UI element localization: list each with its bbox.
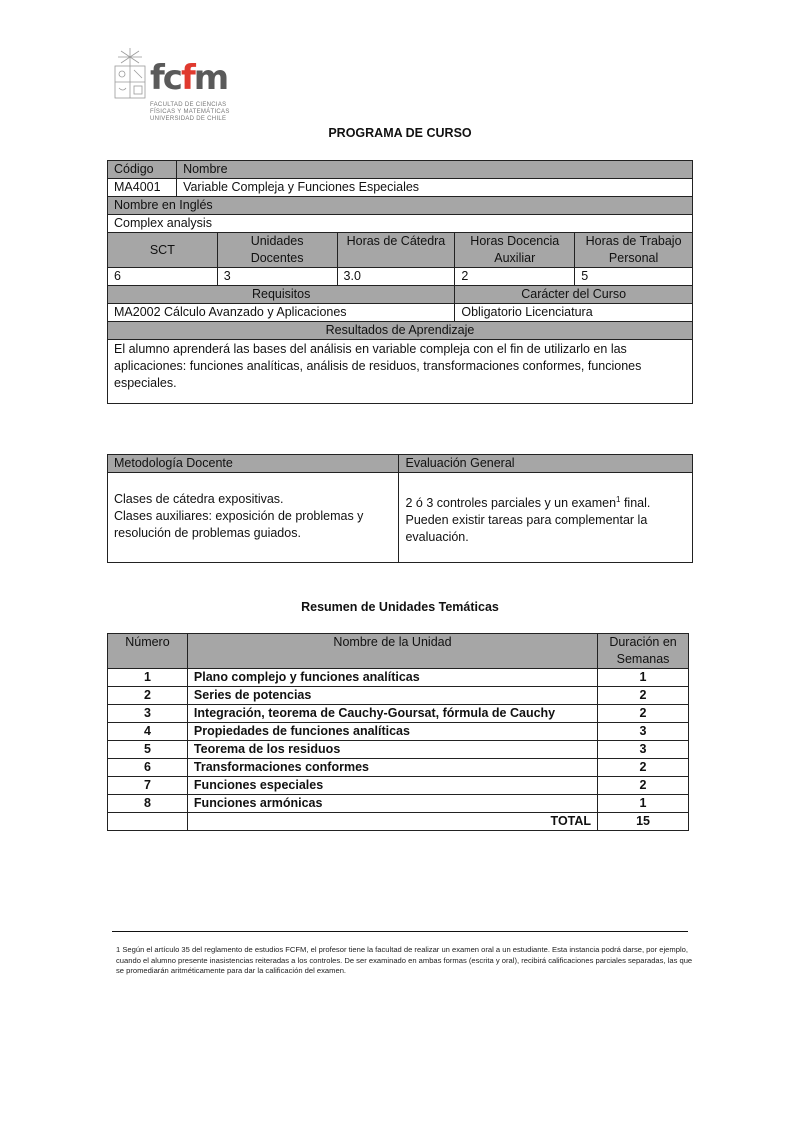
unit-number: 4 [108,723,188,741]
personal-hours-header: Horas de Trabajo Personal [575,233,693,268]
methodology-label: Metodología Docente [108,455,399,473]
unit-number: 7 [108,777,188,795]
footnote: 1 Según el artículo 35 del reglamento de… [116,945,696,977]
code-label: Código [108,161,177,179]
character-value: Obligatorio Licenciatura [455,304,693,322]
unit-number: 1 [108,669,188,687]
course-code: MA4001 [108,179,177,197]
fcfm-wordmark: fcfm [150,60,227,96]
requirements-value: MA2002 Cálculo Avanzado y Aplicaciones [108,304,455,322]
unit-name: Teorema de los residuos [187,741,597,759]
unit-name: Series de potencias [187,687,597,705]
table-row: 3Integración, teorema de Cauchy-Goursat,… [108,705,689,723]
unit-number: 6 [108,759,188,777]
outcomes-text: El alumno aprenderá las bases del anális… [108,340,693,404]
unit-weeks: 2 [598,687,689,705]
unit-name: Integración, teorema de Cauchy-Goursat, … [187,705,597,723]
evaluation-text: 2 ó 3 controles parciales y un examen1 f… [399,473,693,563]
unit-weeks: 1 [598,669,689,687]
unit-weeks: 3 [598,741,689,759]
unit-name: Funciones especiales [187,777,597,795]
evaluation-label: Evaluación General [399,455,693,473]
course-name: Variable Compleja y Funciones Especiales [177,179,693,197]
auxiliary-hours-value: 2 [455,268,575,286]
table-row: 5Teorema de los residuos3 [108,741,689,759]
unit-name: Transformaciones conformes [187,759,597,777]
table-row: 1Plano complejo y funciones analíticas1 [108,669,689,687]
auxiliary-hours-header: Horas Docencia Auxiliar [455,233,575,268]
table-row: 8Funciones armónicas1 [108,795,689,813]
page-title: PROGRAMA DE CURSO [0,126,800,140]
unit-name: Propiedades de funciones analíticas [187,723,597,741]
total-value: 15 [598,813,689,831]
unit-weeks: 2 [598,777,689,795]
name-label: Nombre [177,161,693,179]
teaching-units-header: Unidades Docentes [217,233,337,268]
sct-value: 6 [108,268,218,286]
unit-name: Plano complejo y funciones analíticas [187,669,597,687]
english-name: Complex analysis [108,215,693,233]
unit-weeks: 3 [598,723,689,741]
units-section-title: Resumen de Unidades Temáticas [0,600,800,614]
unit-weeks: 2 [598,759,689,777]
unit-number: 2 [108,687,188,705]
sct-header: SCT [108,233,218,268]
unit-name-header: Nombre de la Unidad [187,634,597,669]
total-label: TOTAL [187,813,597,831]
course-info-table: Código Nombre MA4001 Variable Compleja y… [107,160,693,404]
outcomes-label: Resultados de Aprendizaje [108,322,693,340]
unit-number: 8 [108,795,188,813]
logo-subtitle: FACULTAD DE CIENCIASFÍSICAS Y MATEMÁTICA… [150,102,230,123]
teaching-units-value: 3 [217,268,337,286]
lecture-hours-header: Horas de Cátedra [337,233,455,268]
lecture-hours-value: 3.0 [337,268,455,286]
table-row: 7Funciones especiales2 [108,777,689,795]
methodology-text: Clases de cátedra expositivas. Clases au… [108,473,399,563]
character-label: Carácter del Curso [455,286,693,304]
english-name-label: Nombre en Inglés [108,197,693,215]
unit-weeks: 1 [598,795,689,813]
fcfm-logo: fcfm FACULTAD DE CIENCIASFÍSICAS Y MATEM… [112,46,242,132]
university-emblem-icon [112,46,148,102]
table-row: 4Propiedades de funciones analíticas3 [108,723,689,741]
units-table: Número Nombre de la Unidad Duración en S… [107,633,689,831]
unit-number: 5 [108,741,188,759]
unit-name: Funciones armónicas [187,795,597,813]
footnote-divider [112,931,688,932]
unit-number: 3 [108,705,188,723]
methodology-evaluation-table: Metodología Docente Evaluación General C… [107,454,693,563]
duration-header: Duración en Semanas [598,634,689,669]
table-row: 2Series de potencias2 [108,687,689,705]
unit-weeks: 2 [598,705,689,723]
personal-hours-value: 5 [575,268,693,286]
number-header: Número [108,634,188,669]
requirements-label: Requisitos [108,286,455,304]
table-row: 6Transformaciones conformes2 [108,759,689,777]
